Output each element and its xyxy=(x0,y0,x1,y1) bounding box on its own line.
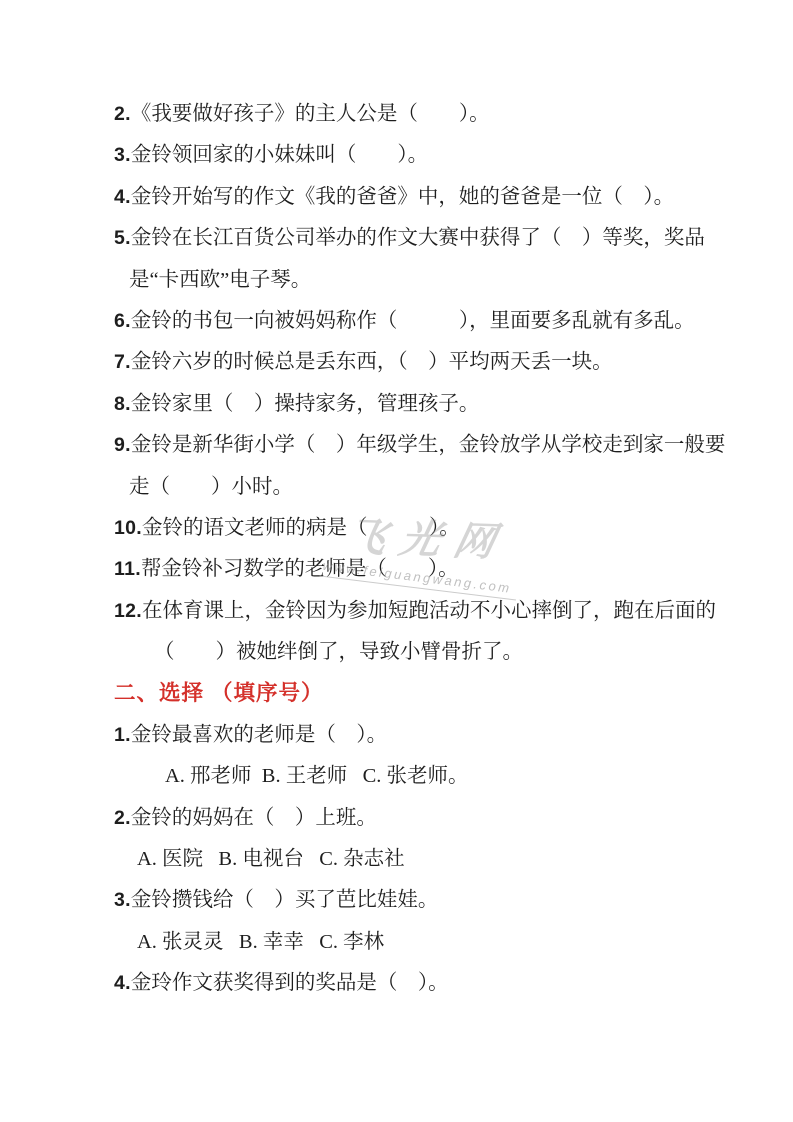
question-line: 2.金铃的妈妈在（ ）上班。 xyxy=(0,798,793,839)
question-text: 是“卡西欧”电子琴。 xyxy=(129,269,311,291)
question-number: 3. xyxy=(114,889,131,911)
options-line: A. 邢老师 B. 王老师 C. 张老师。 xyxy=(0,756,793,797)
continuation-line: （ ）被她绊倒了，导致小臂骨折了。 xyxy=(0,632,793,673)
options-text: A. 医院 B. 电视台 C. 杂志社 xyxy=(137,848,405,870)
question-number: 8. xyxy=(114,393,131,415)
question-number: 3. xyxy=(114,144,131,166)
question-number: 4. xyxy=(114,972,131,994)
question-number: 2. xyxy=(114,807,131,829)
question-text: 金铃开始写的作文《我的爸爸》中，她的爸爸是一位（ ）。 xyxy=(131,186,674,208)
continuation-line: 是“卡西欧”电子琴。 xyxy=(0,260,793,301)
question-text: 金铃六岁的时候总是丢东西，（ ）平均两天丢一块。 xyxy=(131,351,613,373)
question-line: 2.《我要做好孩子》的主人公是（ ）。 xyxy=(0,94,793,135)
options-line: A. 医院 B. 电视台 C. 杂志社 xyxy=(0,839,793,880)
question-number: 10. xyxy=(114,517,142,539)
question-line: 8.金铃家里（ ）操持家务，管理孩子。 xyxy=(0,384,793,425)
section-heading: 二、选择 （填序号） xyxy=(0,673,793,714)
question-number: 1. xyxy=(114,724,131,746)
question-text: 金铃家里（ ）操持家务，管理孩子。 xyxy=(131,393,480,415)
question-text: 金铃是新华街小学（ ）年级学生，金铃放学从学校走到家一般要 xyxy=(131,434,726,456)
question-text: 在体育课上，金铃因为参加短跑活动不小心摔倒了，跑在后面的 xyxy=(142,600,716,622)
document-body: 2.《我要做好孩子》的主人公是（ ）。 3.金铃领回家的小妹妹叫（ ）。 4.金… xyxy=(0,94,793,1005)
question-number: 6. xyxy=(114,310,131,332)
section-heading-text: 二、选择 （填序号） xyxy=(114,681,323,705)
question-text: 金铃攒钱给（ ）买了芭比娃娃。 xyxy=(131,889,439,911)
question-number: 7. xyxy=(114,351,131,373)
question-line: 11.帮金铃补习数学的老师是（ ）。 xyxy=(0,549,793,590)
question-line: 9.金铃是新华街小学（ ）年级学生，金铃放学从学校走到家一般要 xyxy=(0,425,793,466)
question-text: 金铃的书包一向被妈妈称作（ ），里面要多乱就有多乱。 xyxy=(131,310,695,332)
question-number: 5. xyxy=(114,227,131,249)
question-text: 金玲作文获奖得到的奖品是（ ）。 xyxy=(131,972,449,994)
question-number: 9. xyxy=(114,434,131,456)
question-number: 4. xyxy=(114,186,131,208)
question-text: 金铃最喜欢的老师是（ ）。 xyxy=(131,724,387,746)
worksheet-page: 2.《我要做好孩子》的主人公是（ ）。 3.金铃领回家的小妹妹叫（ ）。 4.金… xyxy=(0,0,793,1122)
question-line: 3.金铃攒钱给（ ）买了芭比娃娃。 xyxy=(0,880,793,921)
question-text: 金铃的妈妈在（ ）上班。 xyxy=(131,807,377,829)
question-line: 6.金铃的书包一向被妈妈称作（ ），里面要多乱就有多乱。 xyxy=(0,301,793,342)
question-number: 12. xyxy=(114,600,142,622)
question-number: 2. xyxy=(114,103,131,125)
question-line: 1.金铃最喜欢的老师是（ ）。 xyxy=(0,715,793,756)
question-text: 走（ ）小时。 xyxy=(129,476,293,498)
question-text: 金铃领回家的小妹妹叫（ ）。 xyxy=(131,144,428,166)
question-line: 5.金铃在长江百货公司举办的作文大赛中获得了（ ）等奖，奖品 xyxy=(0,218,793,259)
question-line: 12.在体育课上，金铃因为参加短跑活动不小心摔倒了，跑在后面的 xyxy=(0,591,793,632)
question-text: 金铃在长江百货公司举办的作文大赛中获得了（ ）等奖，奖品 xyxy=(131,227,705,249)
question-line: 3.金铃领回家的小妹妹叫（ ）。 xyxy=(0,135,793,176)
question-text: 金铃的语文老师的病是（ ）。 xyxy=(142,517,460,539)
question-line: 10.金铃的语文老师的病是（ ）。 xyxy=(0,508,793,549)
question-number: 11. xyxy=(114,558,141,580)
options-line: A. 张灵灵 B. 幸幸 C. 李林 xyxy=(0,922,793,963)
question-line: 4.金铃开始写的作文《我的爸爸》中，她的爸爸是一位（ ）。 xyxy=(0,177,793,218)
options-text: A. 张灵灵 B. 幸幸 C. 李林 xyxy=(137,931,384,953)
question-text: （ ）被她绊倒了，导致小臂骨折了。 xyxy=(154,641,523,663)
question-line: 4.金玲作文获奖得到的奖品是（ ）。 xyxy=(0,963,793,1004)
question-line: 7.金铃六岁的时候总是丢东西，（ ）平均两天丢一块。 xyxy=(0,342,793,383)
continuation-line: 走（ ）小时。 xyxy=(0,467,793,508)
question-text: 《我要做好孩子》的主人公是（ ）。 xyxy=(131,103,490,125)
question-text: 帮金铃补习数学的老师是（ ）。 xyxy=(141,558,459,580)
options-text: A. 邢老师 B. 王老师 C. 张老师。 xyxy=(165,765,469,787)
